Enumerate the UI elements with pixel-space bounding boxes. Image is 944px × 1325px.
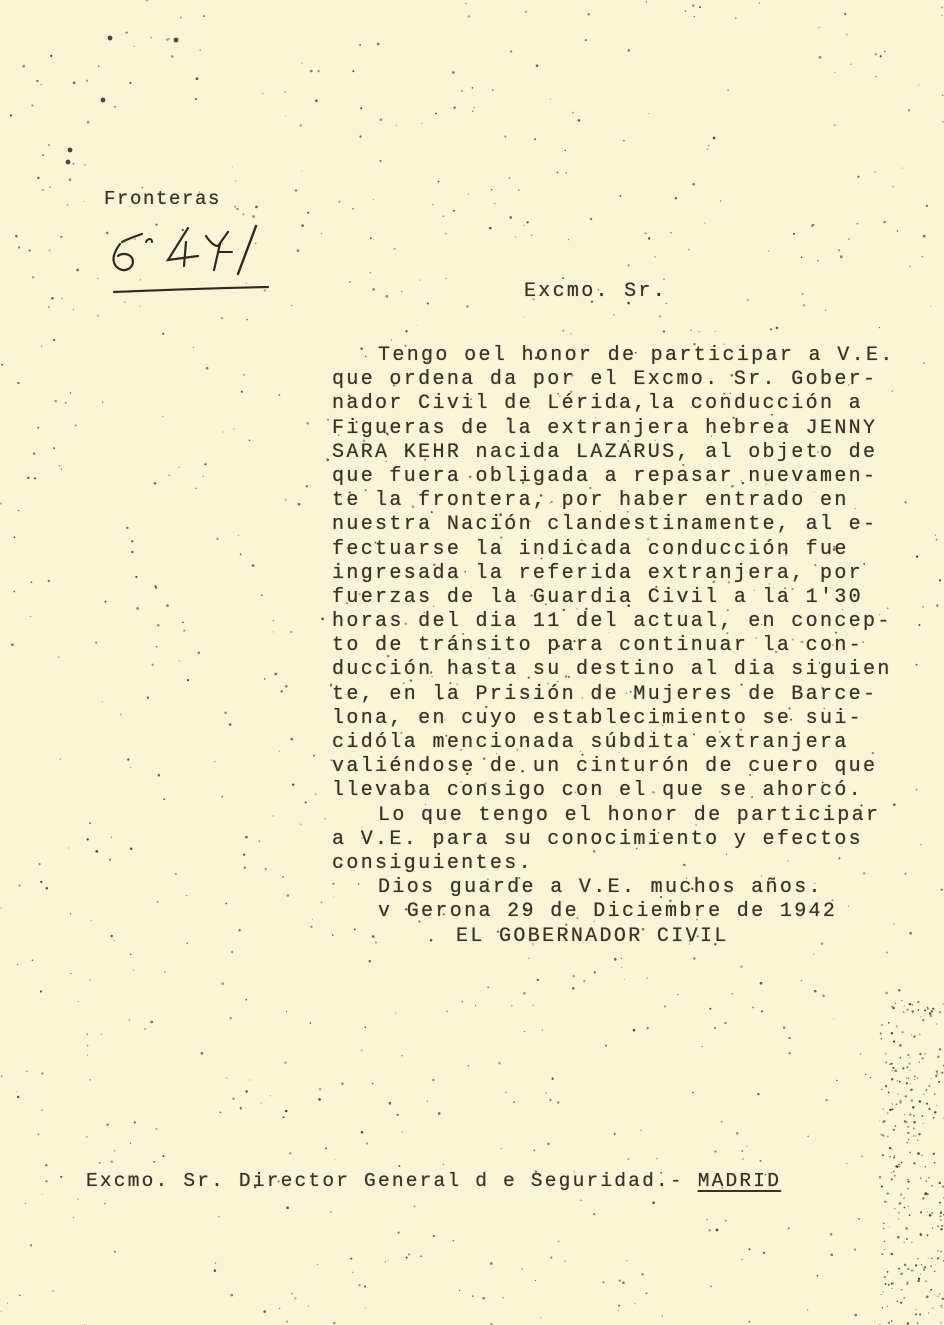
- body-line: que fuera obligada a repasar nuevamen-: [332, 465, 932, 489]
- body-line: horas del dia 11 del actual, en concep-: [332, 610, 932, 634]
- body-line: fectuarse la indicada conducción fue: [332, 538, 932, 562]
- body-line: SARA KEHR nacida LAZARUS, al objeto de: [332, 441, 932, 465]
- body-line: nador Civil de Lérida,la conducción a: [332, 392, 932, 416]
- body-line: Tengo oel honor de participar a V.E.: [332, 344, 932, 368]
- body-line: valiéndose de un cinturón de cuero que: [332, 755, 932, 779]
- handwritten-underline: [112, 286, 270, 294]
- body-line: ingresada la referida extranjera, por: [332, 562, 932, 586]
- body-line: llevaba consigo con el que se ahorcó.: [332, 779, 932, 803]
- body-line: te, en la Prisión de Mujeres de Barce-: [332, 683, 932, 707]
- place-date: v Gerona 29 de Diciembre de 1942: [332, 900, 932, 924]
- signatory: EL GOBERNADOR CIVIL: [332, 925, 932, 949]
- body-line: lona, en cuyo establecimiento se sui-: [332, 707, 932, 731]
- body-line: ducción hasta su destino al dia siguien: [332, 658, 932, 682]
- body-line: nuestra Nación clandestinamente, al e-: [332, 513, 932, 537]
- handwritten-file-number: 5471: [106, 222, 276, 278]
- body-line: Figueras de la extranjera hebrea JENNY: [332, 417, 932, 441]
- addressee-line: Excmo. Sr. Director General d e Segurida…: [86, 1170, 781, 1192]
- department-label: Fronteras: [104, 188, 221, 210]
- body-line: que ordena da por el Excmo. Sr. Gober-: [332, 368, 932, 392]
- closing-line: consiguientes.: [332, 852, 932, 876]
- document-page: Fronteras 5471 Excmo. Sr. Tengo oel hono…: [0, 0, 944, 1325]
- body-line: te la frontera, por haber entrado en: [332, 489, 932, 513]
- closing-line: a V.E. para su conocimiento y efectos: [332, 828, 932, 852]
- body-line: to de tránsito para continuar la con-: [332, 634, 932, 658]
- addressee-city: MADRID: [698, 1170, 781, 1192]
- valediction: Dios guarde a V.E. muchos años.: [332, 876, 932, 900]
- letter-body: Tengo oel honor de participar a V.E. que…: [332, 344, 932, 949]
- addressee-title: Excmo. Sr. Director General d e Segurida…: [86, 1170, 698, 1192]
- closing-line: Lo que tengo el honor de participar: [332, 804, 932, 828]
- body-line: cidóla mencionada súbdita extranjera: [332, 731, 932, 755]
- salutation: Excmo. Sr.: [524, 280, 667, 303]
- body-line: fuerzas de la Guardia Civil a la 1'30: [332, 586, 932, 610]
